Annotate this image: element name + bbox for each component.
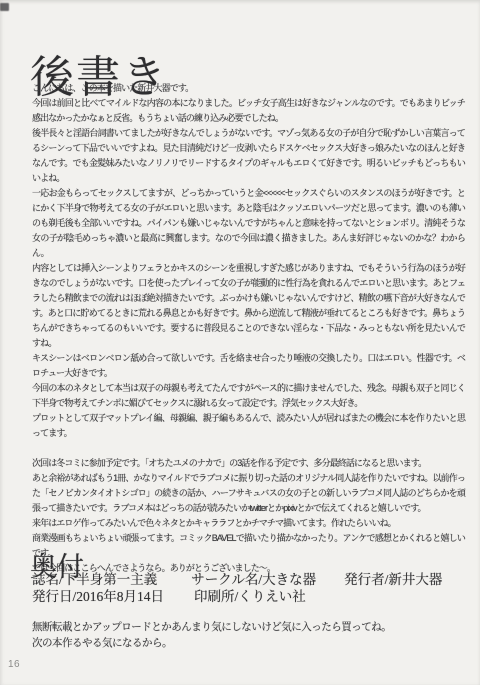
afterword-paragraph: 内容としては挿入シーンよりフェラとかキスのシーンを重視しすぎた感じがありますね、…: [32, 261, 465, 351]
afterword-paragraph: あと余裕があればもう1冊、かなりマイルドでラブコメに振り切った話のオリジナル同人…: [32, 471, 465, 516]
colophon-item: 印刷所/くりえい社: [194, 588, 306, 605]
afterword-paragraph: 今回は前回と比べてマイルドな内容の本になりました。ビッチ女子高生は好きなジャンル…: [32, 96, 465, 126]
page-number: 16: [8, 659, 20, 670]
colophon-row: 発行日/2016年8月14日印刷所/くりえい社: [32, 588, 466, 605]
afterword-paragraph: 今回の本のネタとして本当は双子の母親も考えてたんですがペース的に描けませんでした…: [32, 381, 465, 411]
afterword-paragraph: プロットとして双子マットプレイ編、母親編、親子編もあるんで、読みたい人が居ればま…: [32, 411, 465, 441]
footer-line: 無断転載とかアップロードとかあんまり気にしないけど気に入ったら買ってね。: [32, 620, 460, 636]
blank-line: [32, 441, 465, 456]
scan-artifact: [0, 3, 9, 11]
colophon-block: 誌名/下半身第一主義サークル名/大きな器発行者/新井大器発行日/2016年8月1…: [32, 571, 466, 605]
afterword-paragraph: 来年はエロゲ作ってみたいんで色々ネタとかキャララフとかチマチマ描いてます。作れた…: [32, 516, 465, 531]
footer-line: 次の本作るやる気になるから。: [32, 636, 460, 652]
afterword-paragraph: こんにちは、この本を描いた新井大器です。: [32, 81, 465, 96]
afterword-paragraph: 後半長々と淫語台詞書いてましたが好きなんでしょうがないです。マゾっ気ある女の子が…: [32, 126, 465, 186]
scanned-afterword-page: 後書き こんにちは、この本を描いた新井大器です。今回は前回と比べてマイルドな内容…: [0, 0, 480, 685]
colophon-item: サークル名/大きな器: [191, 571, 316, 588]
footer-note: 無断転載とかアップロードとかあんまり気にしないけど気に入ったら買ってね。次の本作…: [32, 620, 460, 651]
colophon-item: 発行日/2016年8月14日: [32, 588, 164, 605]
colophon-item: 発行者/新井大器: [344, 571, 442, 588]
colophon-row: 誌名/下半身第一主義サークル名/大きな器発行者/新井大器: [32, 571, 466, 588]
afterword-paragraph: キスシーンはベロンベロン舐め合って欲しいです。舌を絡ませ合ったり唾液の交換したり…: [32, 351, 465, 381]
afterword-paragraph: 商業漫画もちょいちょい頑張ってます。コミックBAVELで描いたり描かなかったり。…: [32, 531, 465, 561]
afterword-paragraph: 次回は冬コミに参加予定です。「オちたユメのナカで」の3話を作る予定です、多分最終…: [32, 456, 465, 471]
afterword-body: こんにちは、この本を描いた新井大器です。今回は前回と比べてマイルドな内容の本にな…: [32, 81, 465, 576]
afterword-paragraph: 一応お金もらってセックスしてますが、どっちかっていうと金<<<<<セックスぐらい…: [32, 186, 465, 261]
colophon-item: 誌名/下半身第一主義: [32, 571, 157, 588]
